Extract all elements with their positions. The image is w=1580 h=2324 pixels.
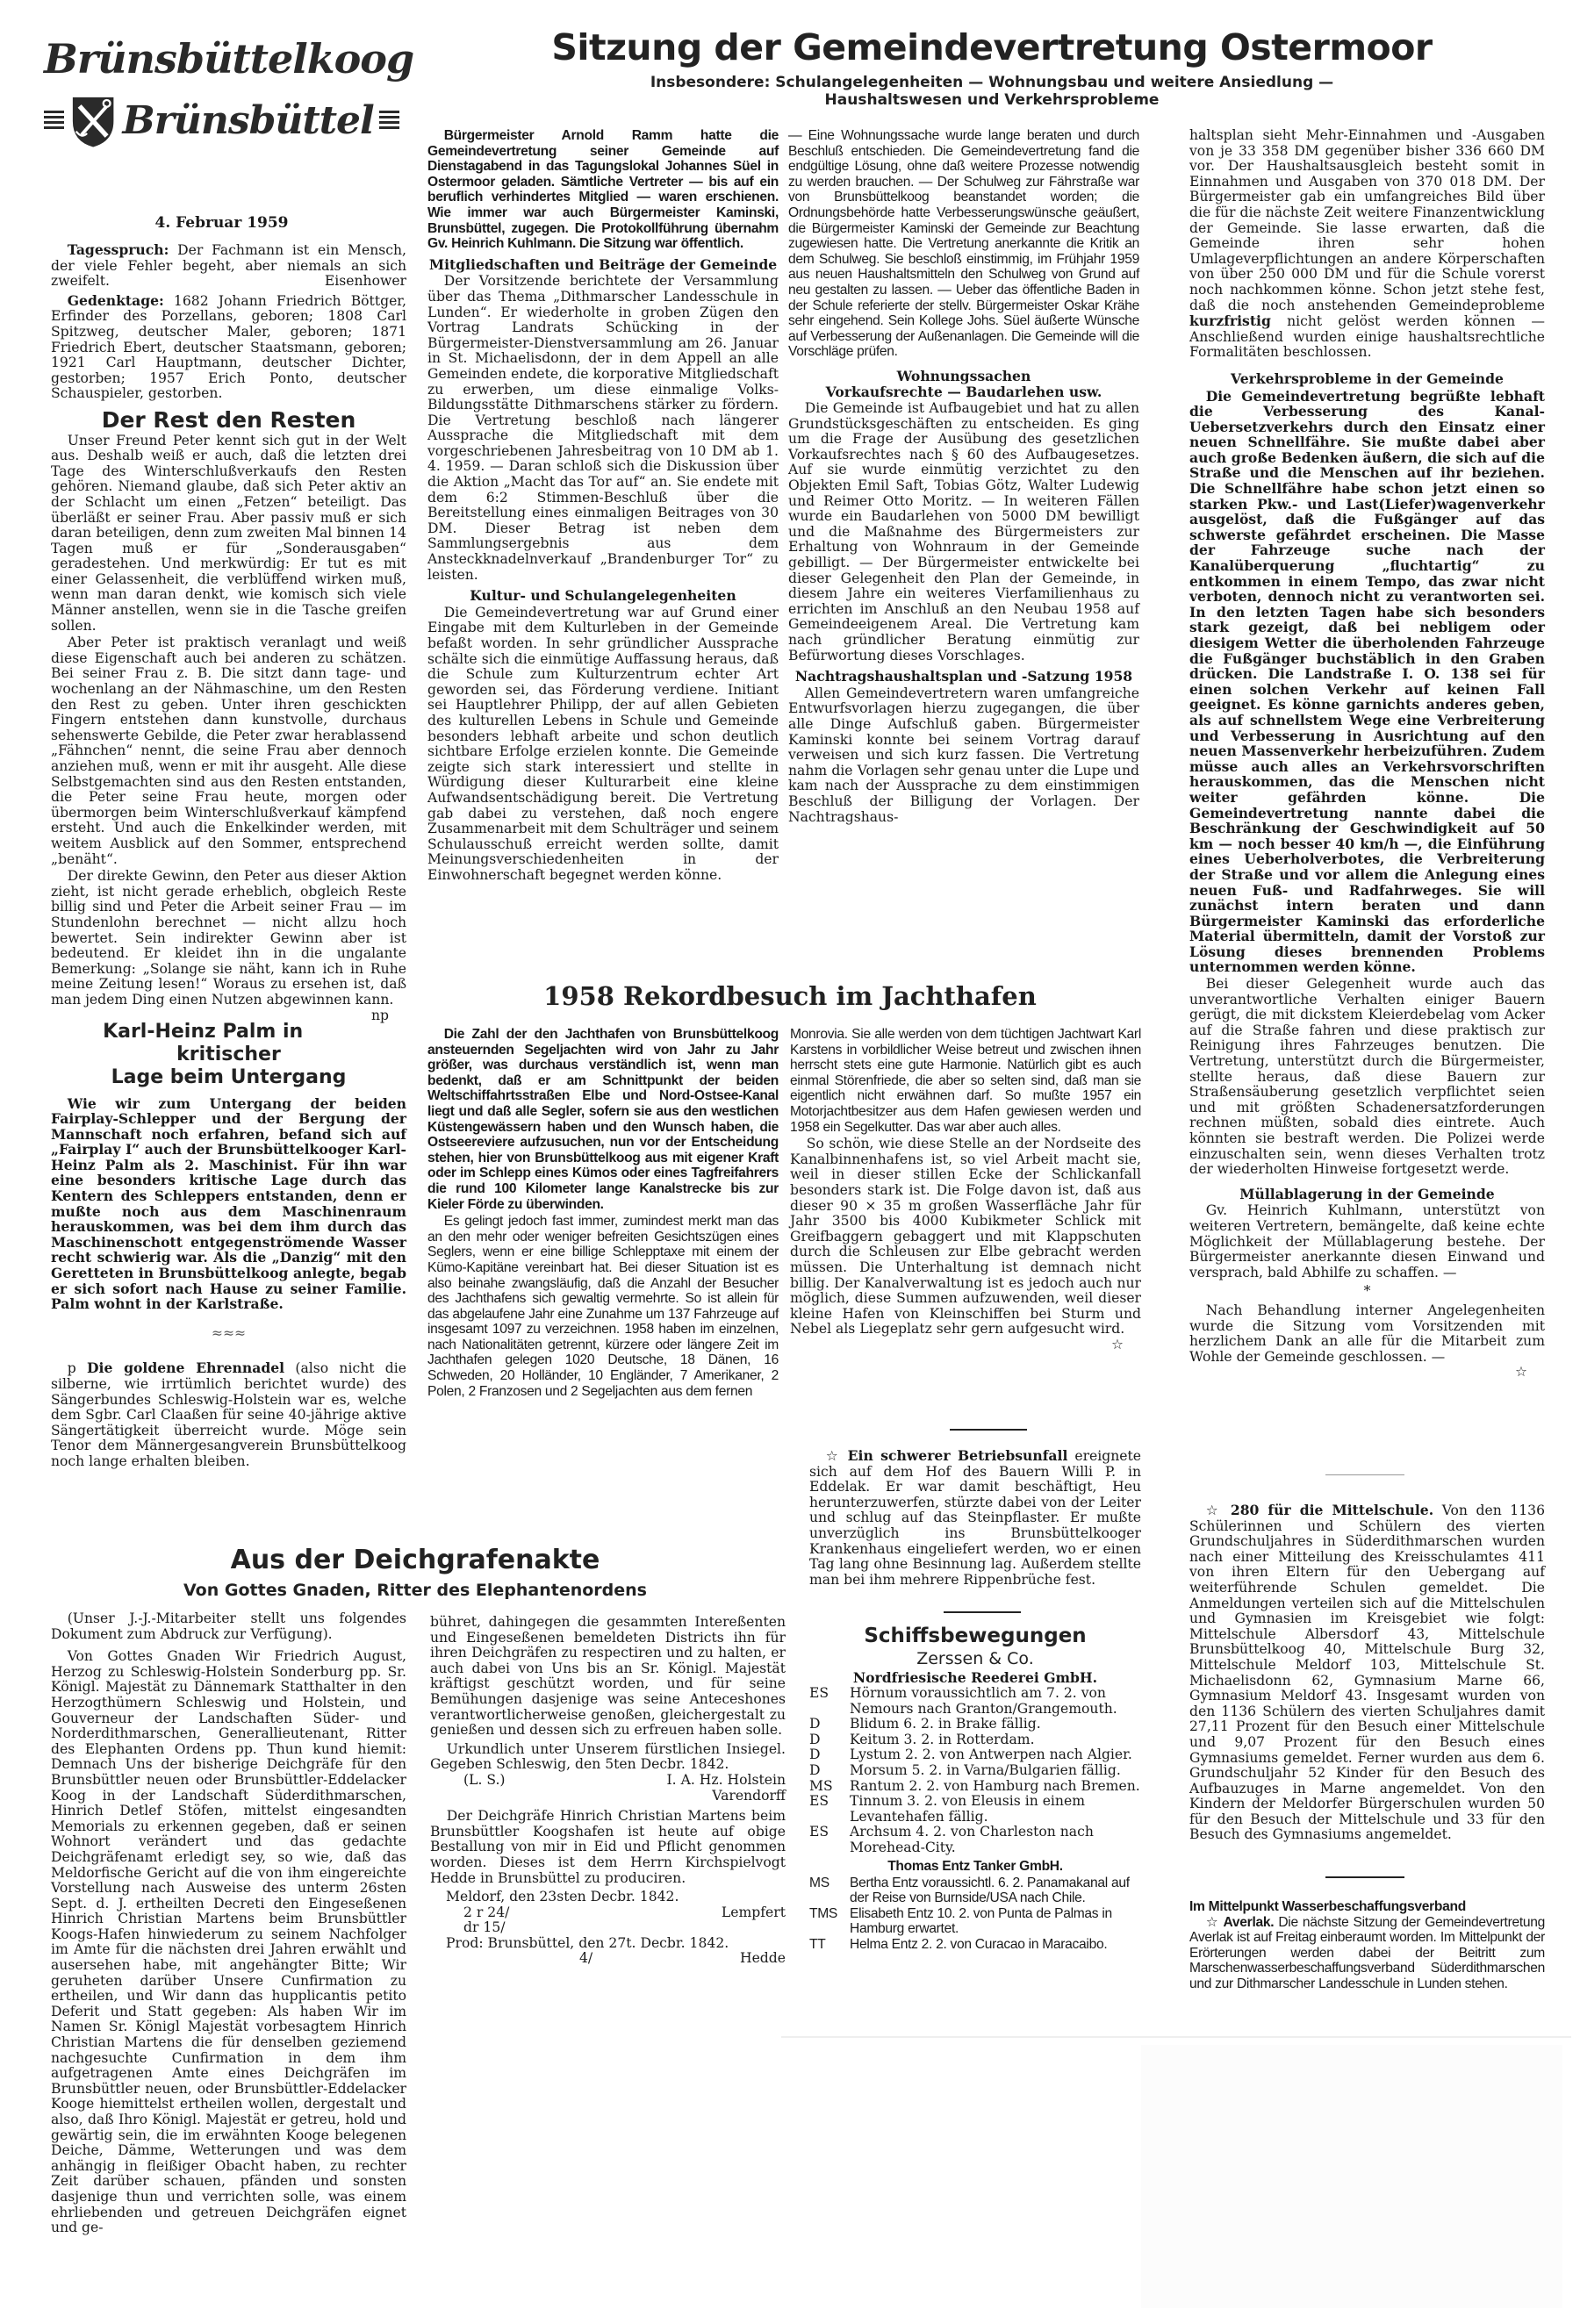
shipping-company: Thomas Entz Tanker GmbH. xyxy=(809,1858,1141,1876)
article-title-deichgraf: Aus der Deichgrafenakte xyxy=(51,1545,779,1576)
table-row: DKeitum 3. 2. in Rotterdam. xyxy=(809,1732,1141,1748)
signer: I. A. Hz. Holstein xyxy=(667,1773,786,1789)
article-paragraph: Aber Peter ist praktisch veranlagt und w… xyxy=(51,635,406,867)
article-paragraph: Von Gottes Gnaden Wir Friedrich August, … xyxy=(51,1649,406,2236)
shipping-company: Zerssen & Co. xyxy=(809,1648,1141,1669)
main-article-column-1: Bürgermeister Arnold Ramm hatte die Geme… xyxy=(427,128,779,884)
section-heading: Wohnungssachen Vorkaufsrechte — Baudarle… xyxy=(788,369,1139,399)
section-heading: Müllablagerung in der Gemeinde xyxy=(1189,1187,1545,1202)
article-paragraph: So schön, wie diese Stelle an der Nordse… xyxy=(790,1137,1141,1338)
article-paragraph: Der Vorsitzende berichtete der Versammlu… xyxy=(427,274,779,583)
seal: (L. S.) xyxy=(463,1773,506,1789)
fee: 4/ xyxy=(579,1951,592,1967)
section-heading: Mitgliedschaften und Beiträge der Gemein… xyxy=(427,257,779,273)
shipping-company-sub: Nordfriesische Reederei GmbH. xyxy=(809,1669,1141,1686)
divider-rule xyxy=(1325,1876,1404,1878)
article-paragraph: Die Gemeindevertretung war auf Grund ein… xyxy=(427,606,779,884)
author-signature: np xyxy=(355,1008,389,1024)
table-row: TTHelma Entz 2. 2. von Curacao in Maraca… xyxy=(809,1937,1141,1953)
masthead-town-2: Brünsbüttel xyxy=(123,99,374,143)
article-subtitle-deichgraf: Von Gottes Gnaden, Ritter des Elephanten… xyxy=(51,1580,779,1601)
prod-date: Prod: Brunsbüttel, den 27t. Decbr. 1842. xyxy=(430,1936,786,1952)
table-row: TMSElisabeth Entz 10. 2. von Punta de Pa… xyxy=(809,1906,1141,1937)
table-row: DLystum 2. 2. von Antwerpen nach Algier. xyxy=(809,1747,1141,1763)
article-lead: Bürgermeister Arnold Ramm hatte die Geme… xyxy=(427,128,779,252)
signer: Hedde xyxy=(740,1951,786,1967)
article-paragraph: Es gelingt jedoch fast immer, zumindest … xyxy=(427,1214,779,1399)
star-icon: ☆ xyxy=(826,1448,841,1464)
masthead-town-1: Brünsbüttelkoog xyxy=(44,35,399,82)
article-paragraph: bühret, dahingegen die gesammten Intereß… xyxy=(430,1615,786,1739)
asterisk-divider: * xyxy=(1189,1284,1545,1300)
main-article-column-2: — Eine Wohnungssache wurde lange beraten… xyxy=(788,128,1139,825)
article-paragraph: Urkundlich unter Unserem fürstlichen Ins… xyxy=(430,1742,786,1773)
article-paragraph: haltsplan sieht Mehr-Einnahmen und -Ausg… xyxy=(1189,128,1545,361)
article-paragraph: Nach Behandlung interner Angelegenheiten… xyxy=(1189,1303,1545,1365)
news-brief-mittelschule: ☆ 280 für die Mittelschule. Von den 1136… xyxy=(1189,1503,1545,1843)
tagesspruch: Tagesspruch: Der Fachmann ist ein Mensch… xyxy=(51,242,406,290)
table-row: ESTinnum 3. 2. von Eleusis in einem Leva… xyxy=(809,1794,1141,1825)
fee: 2 r 24/ xyxy=(463,1905,509,1921)
star-icon: ☆ xyxy=(1206,1503,1223,1518)
section-heading: Kultur- und Schulangelegenheiten xyxy=(427,588,779,604)
masthead: Brünsbüttelkoog Brünsbüttel xyxy=(44,35,399,156)
table-row: DMorsum 5. 2. in Varna/Bulgarien fällig. xyxy=(809,1763,1141,1779)
shipping-section: Schiffsbewegungen Zerssen & Co. Nordfrie… xyxy=(809,1624,1141,1953)
main-headline: Sitzung der Gemeindevertretung Ostermoor xyxy=(413,26,1571,68)
shipping-table-1: ESHörnum voraussichtlich am 7. 2. von Ne… xyxy=(809,1686,1141,1856)
table-row: ESArchsum 4. 2. von Charleston nach More… xyxy=(809,1825,1141,1855)
fee: dr 15/ xyxy=(430,1920,786,1936)
page-edge-shadow xyxy=(781,2036,1571,2038)
article-paragraph: Unser Freund Peter kennt sich gut in der… xyxy=(51,434,406,635)
article-title-jachthafen: 1958 Rekordbesuch im Jachthafen xyxy=(421,981,1159,1011)
article-title-rest: Der Rest den Resten xyxy=(51,412,406,428)
deichgraf-column-1: (Unser J.-J.-Mitarbeiter stellt uns folg… xyxy=(51,1611,406,2236)
banner-stripes-right-icon xyxy=(379,111,399,132)
article-paragraph: Der Deichgräfe Hinrich Christian Martens… xyxy=(430,1809,786,1886)
signature-block: (L. S.) I. A. Hz. Holstein xyxy=(430,1773,786,1789)
section-heading: Nachtragshaushaltsplan und -Satzung 1958 xyxy=(788,669,1139,685)
shipping-title: Schiffsbewegungen xyxy=(809,1624,1141,1648)
star-icon: ☆ xyxy=(1189,1365,1527,1381)
shipping-table-2: MSBertha Entz voraussichtl. 6. 2. Panama… xyxy=(809,1876,1141,1953)
article-paragraph: Gv. Heinrich Kuhlmann, unterstützt von w… xyxy=(1189,1203,1545,1280)
banner-stripes-left-icon xyxy=(44,111,64,132)
article-paragraph: Allen Gemeindevertretern waren umfangrei… xyxy=(788,686,1139,825)
article-paragraph: Der direkte Gewinn, den Peter aus dieser… xyxy=(51,869,406,1008)
star-icon: ☆ xyxy=(1206,1914,1219,1930)
issue-date: 4. Februar 1959 xyxy=(44,214,399,232)
section-divider-icon: ≈≈≈ xyxy=(51,1326,406,1342)
news-brief-averlak: Im Mittelpunkt Wasserbeschaffungsverband… xyxy=(1189,1899,1545,1992)
gedenktage: Gedenktage: 1682 Johann Friedrich Böttge… xyxy=(51,293,406,402)
table-row: MSRantum 2. 2. von Hamburg nach Bremen. xyxy=(809,1779,1141,1795)
article-intro: (Unser J.-J.-Mitarbeiter stellt uns folg… xyxy=(51,1611,406,1642)
table-row: MSBertha Entz voraussichtl. 6. 2. Panama… xyxy=(809,1876,1141,1906)
table-row: DBlidum 6. 2. in Brake fällig. xyxy=(809,1717,1141,1732)
main-article-column-3: haltsplan sieht Mehr-Einnahmen und -Ausg… xyxy=(1189,128,1545,1381)
article-paragraph: — Eine Wohnungssache wurde lange beraten… xyxy=(788,128,1139,360)
article-paragraph: Monrovia. Sie alle werden von dem tüchti… xyxy=(790,1027,1141,1135)
divider-rule xyxy=(944,1611,1021,1613)
jachthafen-column-2: Monrovia. Sie alle werden von dem tüchti… xyxy=(790,1027,1141,1352)
left-column: Tagesspruch: Der Fachmann ist ein Mensch… xyxy=(51,242,406,1470)
news-brief-betriebsunfall: ☆ Ein schwerer Betriebsunfall ereignete … xyxy=(809,1448,1141,1588)
main-subheadline: Insbesondere: Schulangelegenheiten — Woh… xyxy=(413,74,1571,109)
signer: Varendorff xyxy=(430,1789,786,1804)
table-row: ESHörnum voraussichtlich am 7. 2. von Ne… xyxy=(809,1686,1141,1717)
deichgraf-column-2: bühret, dahingegen die gesammten Intereß… xyxy=(430,1615,786,1967)
divider-rule xyxy=(1325,1474,1404,1475)
article-paragraph: Bei dieser Gelegenheit wurde auch das un… xyxy=(1189,977,1545,1178)
quote-author: Eisenhower xyxy=(308,274,406,290)
star-icon: ☆ xyxy=(790,1338,1124,1353)
section-heading: Verkehrsprobleme in der Gemeinde xyxy=(1189,371,1545,387)
place-date: Meldorf, den 23sten Decbr. 1842. xyxy=(430,1890,786,1905)
brief-headline: Im Mittelpunkt Wasserbeschaffungsverband xyxy=(1189,1899,1545,1915)
article-paragraph: Wie wir zum Untergang der beiden Fairpla… xyxy=(51,1096,406,1312)
article-lead: Die Zahl der den Jachthafen von Brunsbüt… xyxy=(427,1027,779,1212)
jachthafen-column-1: Die Zahl der den Jachthafen von Brunsbüt… xyxy=(427,1027,779,1399)
news-brief-ehrennadel: p Die goldene Ehrennadel (also nicht die… xyxy=(51,1360,406,1469)
article-paragraph: Die Gemeindevertretung begrüßte lebhaft … xyxy=(1189,389,1545,976)
article-title-palm: Karl-Heinz Palm in kritischer Lage beim … xyxy=(51,1021,406,1089)
article-paragraph: Die Gemeinde ist Aufbaugebiet und hat zu… xyxy=(788,401,1139,663)
divider-rule xyxy=(950,1429,1027,1431)
bleed-through-area xyxy=(1141,2045,1562,2308)
signer: Lempfert xyxy=(722,1905,786,1921)
coat-of-arms-icon xyxy=(69,86,117,156)
masthead-row-2: Brünsbüttel xyxy=(44,86,399,156)
